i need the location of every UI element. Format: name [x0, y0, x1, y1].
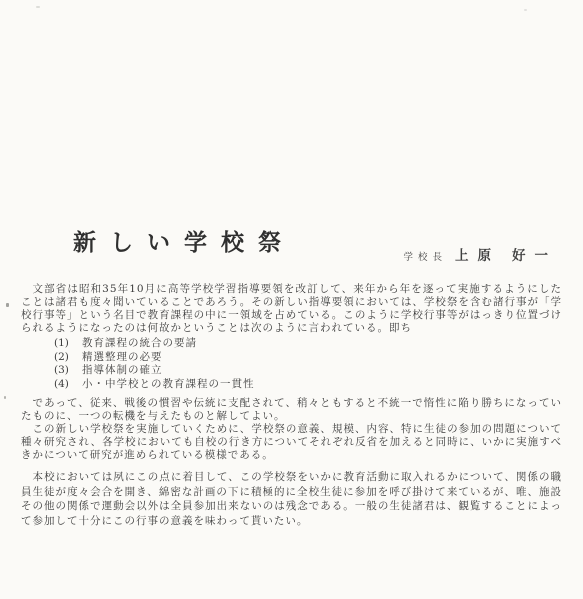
list-item-number: (4)	[54, 378, 82, 392]
list-item: (2) 精選整理の必要	[21, 351, 562, 365]
numbered-list: (1) 教育課程の統合の要請 (2) 精選整理の必要 (3) 指導体制の確立 (…	[21, 337, 562, 391]
list-item: (1) 教育課程の統合の要請	[21, 337, 562, 351]
list-item-text: 教育課程の統合の要請	[82, 337, 562, 351]
byline: 学校長 上原 好一	[403, 244, 557, 264]
list-item-number: (1)	[54, 337, 82, 351]
scan-speck	[6, 303, 9, 307]
list-item: (3) 指導体制の確立	[21, 364, 562, 378]
list-item-text: 小・中学校との教育課程の一貫性	[82, 378, 562, 392]
paragraph-research: この新しい学校祭を実施していくために、学校祭の意義、規模、内容、特に生徒の参加の…	[21, 423, 562, 462]
paragraph-intro: 文部省は昭和35年10月に高等学校学習指導要領を改訂して、来年から年を逐って実施…	[21, 283, 562, 335]
paragraph-school-efforts: 本校においては夙にこの点に着目して、この学校祭をいかに教育活動に取入れるかについ…	[21, 470, 562, 528]
list-item-text: 精選整理の必要	[82, 351, 562, 365]
document-page: 新しい学校祭 学校長 上原 好一 文部省は昭和35年10月に高等学校学習指導要領…	[0, 0, 583, 599]
list-item-number: (3)	[54, 364, 82, 378]
byline-name-family: 上原	[455, 244, 500, 264]
list-item-number: (2)	[54, 351, 82, 365]
byline-role: 学校長	[403, 249, 447, 263]
byline-name-given: 好一	[512, 244, 557, 264]
paragraph-conclusion-of-list: であって、従来、戦後の慣習や伝統に支配されて、稍々ともすると不統一で惰性に陥り勝…	[21, 397, 562, 423]
list-item-text: 指導体制の確立	[82, 364, 562, 378]
list-item: (4) 小・中学校との教育課程の一貫性	[21, 378, 562, 392]
document-header: 新しい学校祭 学校長 上原 好一	[0, 0, 583, 280]
scan-speck	[4, 396, 6, 399]
document-body: 文部省は昭和35年10月に高等学校学習指導要領を改訂して、来年から年を逐って実施…	[0, 280, 583, 528]
